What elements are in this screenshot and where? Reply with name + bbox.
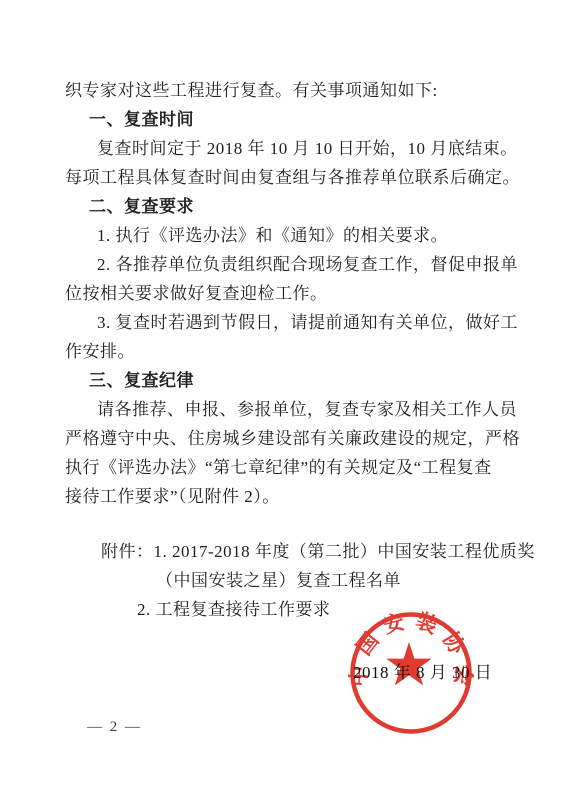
- document-body: 织专家对这些工程进行复查。有关事项通知如下: 一、复查时间 复查时间定于 201…: [65, 76, 505, 511]
- body-line: 位按相关要求做好复查迎检工作。: [65, 279, 505, 308]
- body-line: 严格遵守中央、住房城乡建设部有关廉政建设的规定，严格: [65, 424, 505, 453]
- attachment-line: 附件：1. 2017-2018 年度（第二批）中国安装工程优质奖: [65, 537, 505, 566]
- body-line: 2. 各推荐单位负责组织配合现场复查工作，督促申报单: [65, 250, 505, 279]
- body-line: 1. 执行《评选办法》和《通知》的相关要求。: [65, 221, 505, 250]
- document-page: 织专家对这些工程进行复查。有关事项通知如下: 一、复查时间 复查时间定于 201…: [0, 0, 570, 800]
- page-number: — 2 —: [87, 713, 142, 742]
- body-line: 执行《评选办法》“第七章纪律”的有关规定及“工程复查: [65, 453, 505, 482]
- body-line: 接待工作要求”（见附件 2）。: [65, 482, 505, 511]
- body-line: 作安排。: [65, 337, 505, 366]
- body-line: 每项工程具体复查时间由复查组与各推荐单位联系后确定。: [65, 163, 505, 192]
- body-line: 织专家对这些工程进行复查。有关事项通知如下:: [65, 76, 505, 105]
- body-line: 复查时间定于 2018 年 10 月 10 日开始，10 月底结束。: [65, 134, 505, 163]
- body-line: 3. 复查时若遇到节假日，请提前通知有关单位，做好工: [65, 308, 505, 337]
- body-line: 请各推荐、申报、参报单位，复查专家及相关工作人员: [65, 395, 505, 424]
- section-heading-3: 三、复查纪律: [65, 366, 505, 395]
- section-heading-1: 一、复查时间: [65, 105, 505, 134]
- attachment-line: （中国安装之星）复查工程名单: [65, 566, 505, 595]
- document-date: 2018 年 8 月 30 日: [353, 658, 492, 687]
- section-heading-2: 二、复查要求: [65, 192, 505, 221]
